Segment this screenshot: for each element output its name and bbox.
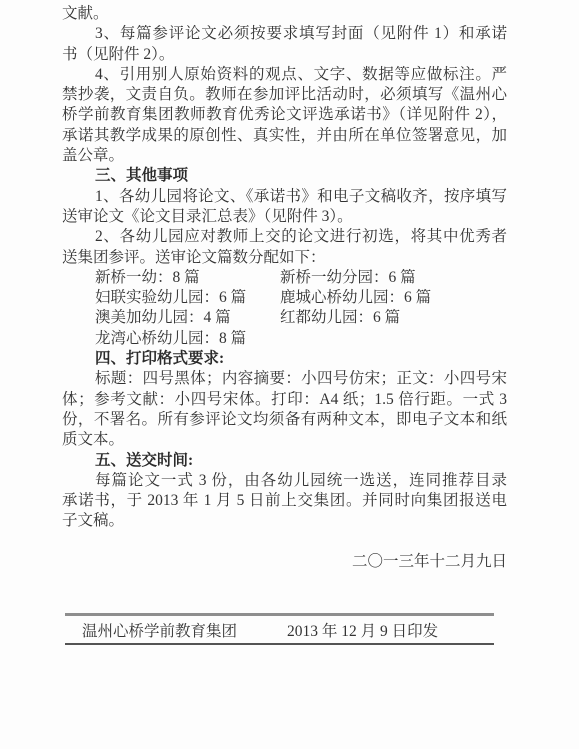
quota-lucheng-xinqiao: 鹿城心桥幼儿园：6 篇 <box>280 288 431 308</box>
document-body: 文献。 3、每篇参评论文必须按要求填写封面（见附件 1）和承诺 书（见附件 2）… <box>62 4 507 572</box>
doc-line-item4-cont4: 盖公章。 <box>62 146 507 166</box>
quota-row-4: 龙湾心桥幼儿园：8 篇 <box>62 329 507 349</box>
doc-line-other2-cont: 送集团参评。送审论文篇数分配如下： <box>62 248 507 268</box>
section-heading-print-format: 四、打印格式要求: <box>62 349 507 369</box>
quota-xinqiao-fenyuan: 新桥一幼分园：6 篇 <box>280 268 416 288</box>
document-page: 文献。 3、每篇参评论文必须按要求填写封面（见附件 1）和承诺 书（见附件 2）… <box>0 0 579 749</box>
footer-text-row: 温州心桥学前教育集团 2013 年 12 月 9 日印发 <box>65 616 494 643</box>
doc-line-continuation: 文献。 <box>62 4 507 24</box>
doc-line-other2: 2、各幼儿园应对教师上交的论文进行初选，将其中优秀者 <box>62 227 507 247</box>
quota-hongdu: 红都幼儿园：6 篇 <box>280 308 400 328</box>
doc-line-format3: 份，不署名。所有参评论文均须备有两种文本，即电子文本和纸 <box>62 410 507 430</box>
footer-print-date: 2013 年 12 月 9 日印发 <box>287 619 438 641</box>
doc-line-item4-cont1: 禁抄袭，文责自负。教师在参加评比活动时，必须填写《温州心 <box>62 85 507 105</box>
section-heading-other-matters: 三、其他事项 <box>62 166 507 186</box>
quota-row-2: 妇联实验幼儿园：6 篇鹿城心桥幼儿园：6 篇 <box>62 288 507 308</box>
doc-line-delivery3: 子文稿。 <box>62 511 507 531</box>
footer-rule-bottom <box>65 643 494 645</box>
blank-line <box>62 532 507 552</box>
doc-line-other1-cont: 送审论文《论文目录汇总表》（见附件 3）。 <box>62 207 507 227</box>
quota-row-3: 澳美加幼儿园：4 篇红都幼儿园：6 篇 <box>62 308 507 328</box>
quota-aomeijia: 澳美加幼儿园：4 篇 <box>95 308 280 328</box>
doc-line-delivery1: 每篇论文一式 3 份，由各幼儿园统一选送，连同推荐目录表、 <box>62 471 507 491</box>
quota-fulian-shiyan: 妇联实验幼儿园：6 篇 <box>95 288 280 308</box>
doc-line-item4: 4、引用别人原始资料的观点、文字、数据等应做标注。严 <box>62 65 507 85</box>
doc-line-item4-cont2: 桥学前教育集团教师教育优秀论文评选承诺书》（详见附件 2）， <box>62 105 507 125</box>
doc-line-item4-cont3: 承诺其教学成果的原创性、真实性，并由所在单位签署意见，加 <box>62 126 507 146</box>
doc-line-item3: 3、每篇参评论文必须按要求填写封面（见附件 1）和承诺 <box>62 24 507 44</box>
doc-line-format2: 体；参考文献：小四号宋体。打印：A4 纸；1.5 倍行距。一式 3 <box>62 390 507 410</box>
doc-line-format4: 质文本。 <box>62 430 507 450</box>
signature-date: 二〇一三年十二月九日 <box>62 552 507 572</box>
section-heading-delivery-time: 五、送交时间: <box>62 451 507 471</box>
doc-line-format1: 标题：四号黑体；内容摘要：小四号仿宋；正文：小四号宋 <box>62 369 507 389</box>
doc-line-other1: 1、各幼儿园将论文、《承诺书》和电子文稿收齐，按序填写 <box>62 187 507 207</box>
quota-row-1: 新桥一幼：8 篇新桥一幼分园：6 篇 <box>62 268 507 288</box>
footer-issuer: 温州心桥学前教育集团 <box>82 619 237 641</box>
doc-line-delivery2: 承诺书，于 2013 年 1 月 5 日前上交集团。并同时向集团报送电 <box>62 491 507 511</box>
quota-longwan-xinqiao: 龙湾心桥幼儿园：8 篇 <box>95 329 280 349</box>
doc-line-item3-cont: 书（见附件 2）。 <box>62 45 507 65</box>
quota-xinqiao-yiyou: 新桥一幼：8 篇 <box>95 268 280 288</box>
footer-block: 温州心桥学前教育集团 2013 年 12 月 9 日印发 <box>65 613 494 645</box>
